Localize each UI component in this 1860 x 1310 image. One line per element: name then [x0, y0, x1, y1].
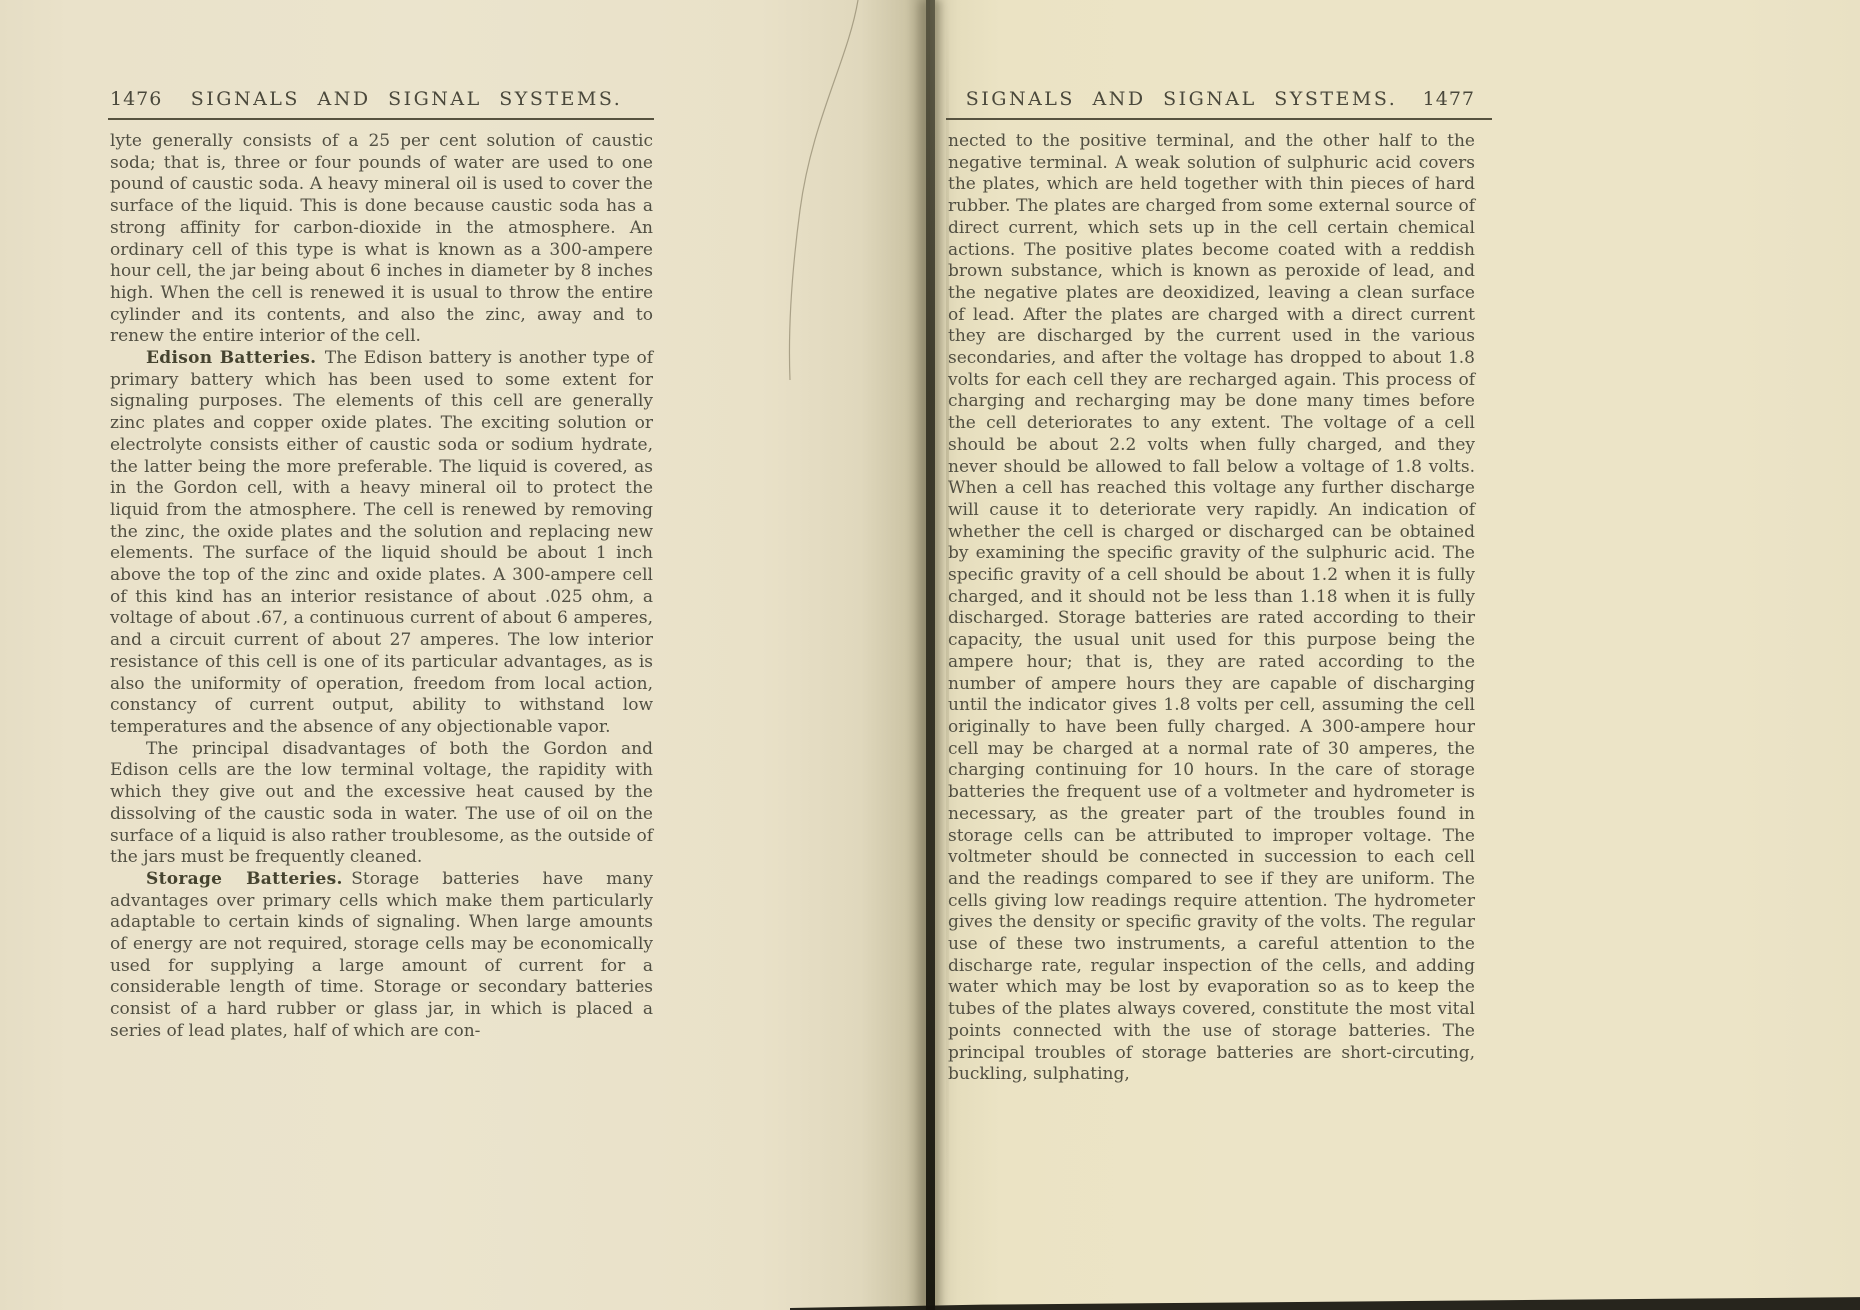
left-page-header: 1476 SIGNALS AND SIGNAL SYSTEMS. [110, 88, 653, 114]
right-running-title: SIGNALS AND SIGNAL SYSTEMS. [958, 88, 1405, 110]
paragraph-lead: Edison Batteries. [146, 348, 316, 368]
right-header-rule [946, 118, 1492, 120]
paragraph-lead: Storage Batteries. [146, 869, 343, 889]
paragraph: Storage Batteries. Storage batteries hav… [110, 869, 653, 1043]
book-spread: 1476 SIGNALS AND SIGNAL SYSTEMS. SIGNALS… [0, 0, 1860, 1310]
left-page-text: lyte generally consists of a 25 per cent… [110, 131, 653, 1043]
left-header-rule [108, 118, 654, 120]
paragraph: Edison Batteries. The Edison battery is … [110, 348, 653, 739]
paragraph: The principal disadvantages of both the … [110, 739, 653, 869]
left-page-number: 1476 [110, 88, 162, 110]
right-page-text: nected to the positive terminal, and the… [948, 131, 1475, 1086]
book-gutter [926, 0, 935, 1310]
right-page-number: 1477 [1423, 88, 1475, 110]
paragraph: nected to the positive terminal, and the… [948, 131, 1475, 1086]
right-page-header: SIGNALS AND SIGNAL SYSTEMS. 1477 [948, 88, 1475, 114]
left-running-title: SIGNALS AND SIGNAL SYSTEMS. [170, 88, 643, 110]
paragraph: lyte generally consists of a 25 per cent… [110, 131, 653, 348]
